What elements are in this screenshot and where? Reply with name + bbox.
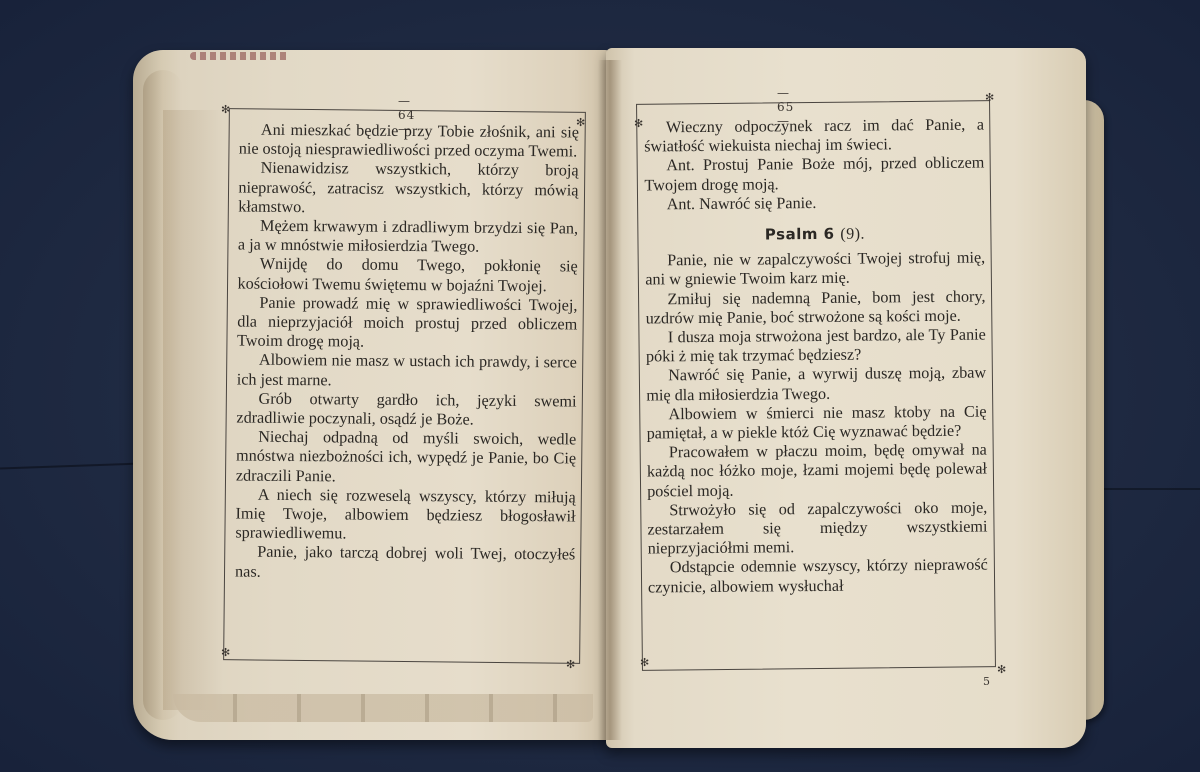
psalm-number: (9). [840,226,865,243]
paragraph: Wnijdę do domu Twego, pokłonię się kości… [238,255,578,296]
paragraph: Nawróć się Panie, a wyrwij duszę moją, z… [646,364,986,405]
paragraph: Panie, jako tarczą dobrej woli Twej, oto… [235,543,575,584]
ornament-icon: ✻ [221,105,230,114]
paragraph: Odstąpcie odemnie wszyscy, którzy niepra… [648,556,988,597]
paragraph: Nienawidzisz wszystkich, którzy broją ni… [238,159,578,220]
paragraph: Ant. Nawróć się Panie. [645,192,985,214]
water-stain [163,110,223,710]
paragraph: I dusza moja strwożona jest bardzo, ale … [646,326,986,367]
paragraph: Wieczny odpoczynek racz im dać Panie, a … [644,116,984,157]
paragraph: Pracowałem w płaczu moim, będę omywał na… [647,441,987,502]
ornament-icon: ✻ [985,93,994,102]
paragraph: Albowiem nie masz w ustach ich prawdy, i… [237,351,577,392]
ornament-icon: ✻ [640,658,649,667]
paragraph: Zmiłuj się nademną Panie, bom jest chory… [645,287,985,328]
ornament-icon: ✻ [997,665,1006,674]
paragraph: Ani mieszkać będzie przy Tobie złośnik, … [239,121,579,162]
paragraph: Niechaj odpadną od myśli swoich, wedle m… [236,428,576,489]
book-spine [598,60,622,740]
paragraph: Albowiem w śmierci nie masz ktoby na Cię… [646,402,986,443]
paragraph: Strwożyło się od zapalczywości oko moje,… [647,498,987,559]
paragraph: A niech się rozweselą wszyscy, którzy mi… [235,485,575,546]
ornament-icon: ✻ [221,648,230,657]
paragraph: Grób otwarty gardło ich, językі swemi zd… [236,389,576,430]
left-page-text: Ani mieszkać będzie przy Tobie złośnik, … [235,121,579,585]
open-book: — 64 — ✻ ✻ ✻ ✻ Ani mieszkać będzie przy … [0,0,1200,772]
signature-mark: 5 [983,675,990,688]
paragraph: Ant. Prostuj Panie Boże mój, przed oblic… [644,154,984,195]
paragraph: Panie, nie w zapalczywości Twojej strofu… [645,249,985,290]
paragraph: Mężem krwawym i zdradliwym brzydzi się P… [238,217,578,258]
ornament-icon: ✻ [634,119,643,128]
psalm-heading: Psalm 6 (9). [645,224,985,246]
handwritten-scribble [190,52,290,60]
ornament-icon: ✻ [566,660,575,669]
psalm-title: Psalm 6 [765,225,835,244]
paragraph: Panie prowadź mię w sprawiedliwości Twoj… [237,293,577,354]
right-page-text: Wieczny odpoczynek racz im dać Panie, a … [644,116,988,598]
